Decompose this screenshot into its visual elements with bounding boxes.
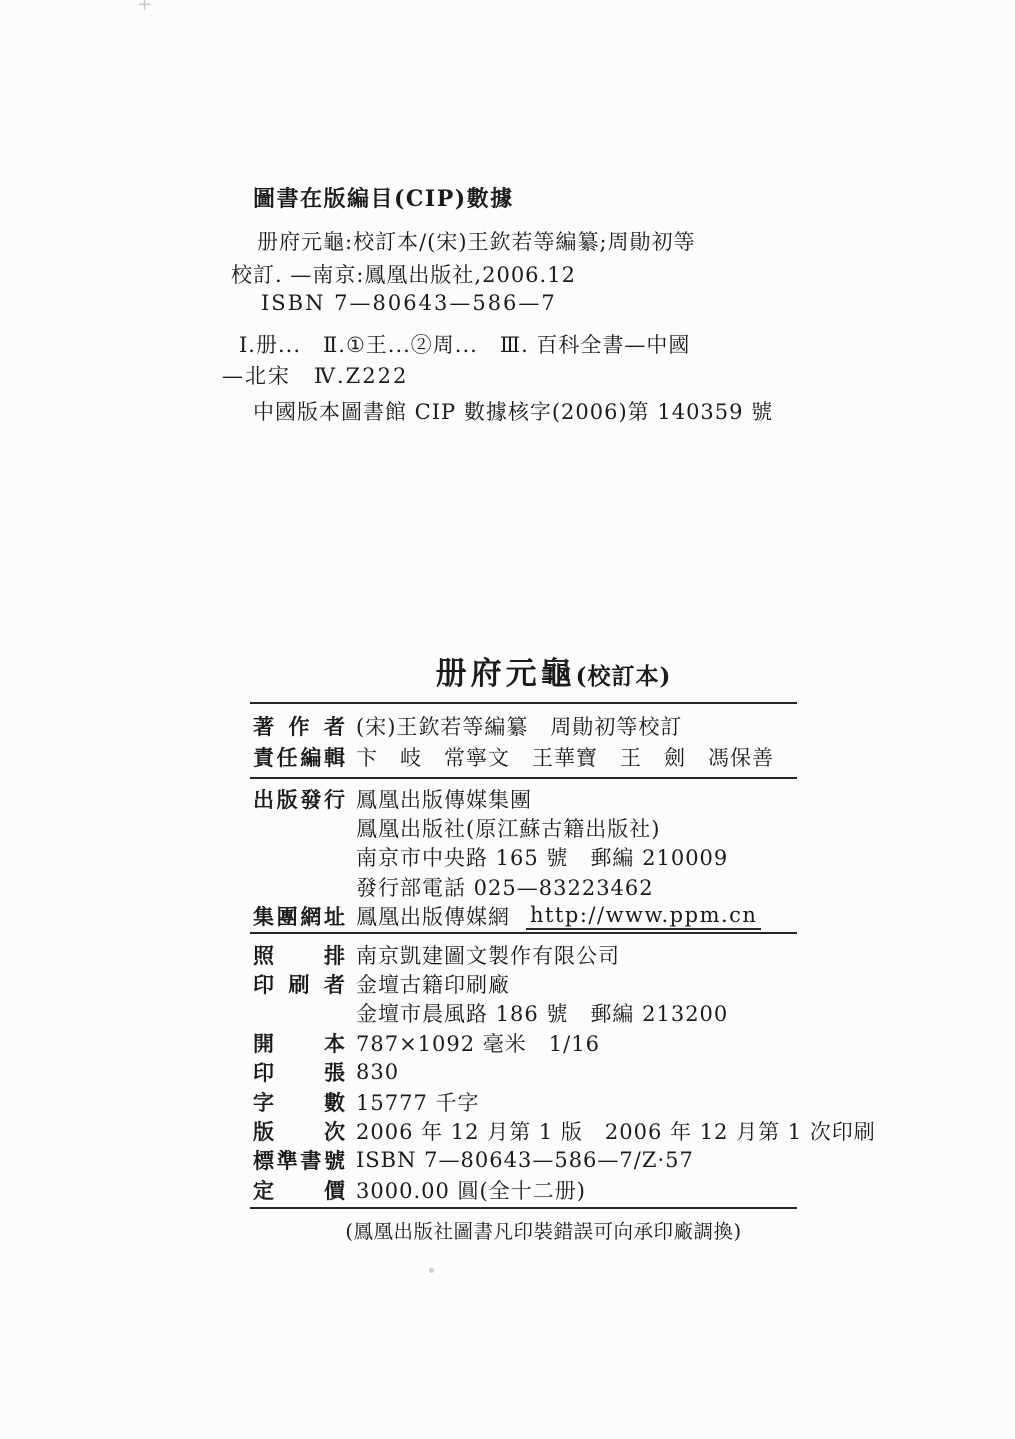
row-label: 照排 (253, 940, 345, 970)
row-value: (宋)王欽若等編纂 周勛初等校訂 (356, 711, 682, 741)
row-label: 字數 (253, 1087, 345, 1117)
table-row: 金壇市晨風路 186 號 郵編 213200 (250, 999, 797, 1028)
table-row: 開本787×1092 毫米 1/16 (250, 1028, 797, 1057)
scanned-copyright-page: + 圖書在版編目(CIP)數據 册府元龜:校訂本/(宋)王欽若等編纂;周勛初等 … (0, 0, 1015, 1439)
row-label: 版次 (253, 1116, 345, 1146)
row-value: 2006 年 12 月第 1 版 2006 年 12 月第 1 次印刷 (356, 1116, 876, 1146)
book-title-main: 册府元龜 (436, 656, 576, 692)
table-row: 出版發行鳳凰出版傳媒集團 (250, 784, 797, 813)
row-value: 卞 岐 常寧文 王華寶 王 劍 馮保善 (356, 742, 774, 772)
cip-heading: 圖書在版編目(CIP)數據 (253, 182, 514, 213)
row-label: 出版發行 (253, 784, 345, 814)
table-row: 定價3000.00 圓(全十二册) (250, 1175, 797, 1204)
row-value: 南京凱建圖文製作有限公司 (356, 940, 620, 970)
table-row: 版次2006 年 12 月第 1 版 2006 年 12 月第 1 次印刷 (250, 1116, 797, 1145)
row-value: 830 (356, 1060, 399, 1084)
cip-record-number-line: 中國版本圖書館 CIP 數據核字(2006)第 140359 號 (253, 396, 773, 426)
table-row: 標準書號ISBN 7—80643—586—7/Z·57 (250, 1146, 797, 1175)
row-value: ISBN 7—80643—586—7/Z·57 (356, 1148, 694, 1172)
row-value: 發行部電話 025—83223462 (356, 872, 654, 902)
colophon-section-printing: 照排南京凱建圖文製作有限公司印刷者金壇古籍印刷廠金壇市晨風路 186 號 郵編 … (250, 934, 797, 1210)
table-row: 著作者(宋)王欽若等編纂 周勛初等校訂 (250, 710, 797, 741)
row-value: 鳳凰出版傳媒集團 (356, 784, 532, 814)
table-row: 照排南京凱建圖文製作有限公司 (250, 940, 797, 969)
cip-classification-line-2: —北宋 Ⅳ.Z222 (222, 360, 408, 390)
exchange-notice: (鳳凰出版社圖書凡印裝錯誤可向承印廠調換) (270, 1216, 817, 1244)
publisher-url: http://www.ppm.cn (526, 903, 761, 930)
table-row: 印刷者金壇古籍印刷廠 (250, 969, 797, 998)
row-label: 著作者 (253, 711, 345, 741)
colophon-section-editors: 著作者(宋)王欽若等編纂 周勛初等校訂責任編輯卞 岐 常寧文 王華寶 王 劍 馮… (250, 704, 797, 779)
cip-entry-line-2: 校訂. —南京:鳳凰出版社,2006.12 (231, 259, 576, 289)
row-value: 鳳凰出版傳媒網 (356, 901, 510, 931)
row-value: 金壇古籍印刷廠 (356, 969, 510, 999)
table-row: 字數15777 千字 (250, 1087, 797, 1116)
book-title: 册府元龜(校訂本) (280, 648, 827, 693)
book-title-subtitle: (校訂本) (576, 663, 672, 690)
row-value: 3000.00 圓(全十二册) (356, 1175, 586, 1205)
table-row: 南京市中央路 165 號 郵編 210009 (250, 843, 797, 872)
scan-speck (429, 1268, 434, 1273)
table-row: 集團網址鳳凰出版傳媒網http://www.ppm.cn (250, 902, 797, 931)
row-value: 鳳凰出版社(原江蘇古籍出版社) (356, 813, 660, 843)
cip-entry-line-1: 册府元龜:校訂本/(宋)王欽若等編纂;周勛初等 (257, 226, 696, 256)
row-value: 南京市中央路 165 號 郵編 210009 (356, 842, 728, 872)
colophon-section-publisher: 出版發行鳳凰出版傳媒集團鳳凰出版社(原江蘇古籍出版社)南京市中央路 165 號 … (250, 779, 797, 934)
cip-isbn-line: ISBN 7—80643—586—7 (261, 291, 557, 315)
cip-classification-line-1: Ⅰ.册... Ⅱ.①王...②周... Ⅲ. 百科全書—中國 (239, 329, 690, 359)
row-value: 金壇市晨風路 186 號 郵編 213200 (356, 998, 728, 1028)
row-label: 定價 (253, 1175, 345, 1205)
row-label: 開本 (253, 1028, 345, 1058)
row-label: 標準書號 (253, 1145, 345, 1175)
row-label: 集團網址 (253, 901, 345, 931)
row-label: 印張 (253, 1057, 345, 1087)
row-label: 印刷者 (253, 969, 345, 999)
row-value: 787×1092 毫米 1/16 (356, 1028, 600, 1058)
colophon-table: 著作者(宋)王欽若等編纂 周勛初等校訂責任編輯卞 岐 常寧文 王華寶 王 劍 馮… (250, 702, 797, 1209)
table-row: 鳳凰出版社(原江蘇古籍出版社) (250, 813, 797, 842)
table-row: 責任編輯卞 岐 常寧文 王華寶 王 劍 馮保善 (250, 741, 797, 772)
registration-mark: + (137, 0, 152, 15)
table-row: 發行部電話 025—83223462 (250, 872, 797, 901)
row-label: 責任編輯 (253, 742, 345, 772)
row-value: 15777 千字 (356, 1087, 479, 1117)
table-row: 印張830 (250, 1058, 797, 1087)
